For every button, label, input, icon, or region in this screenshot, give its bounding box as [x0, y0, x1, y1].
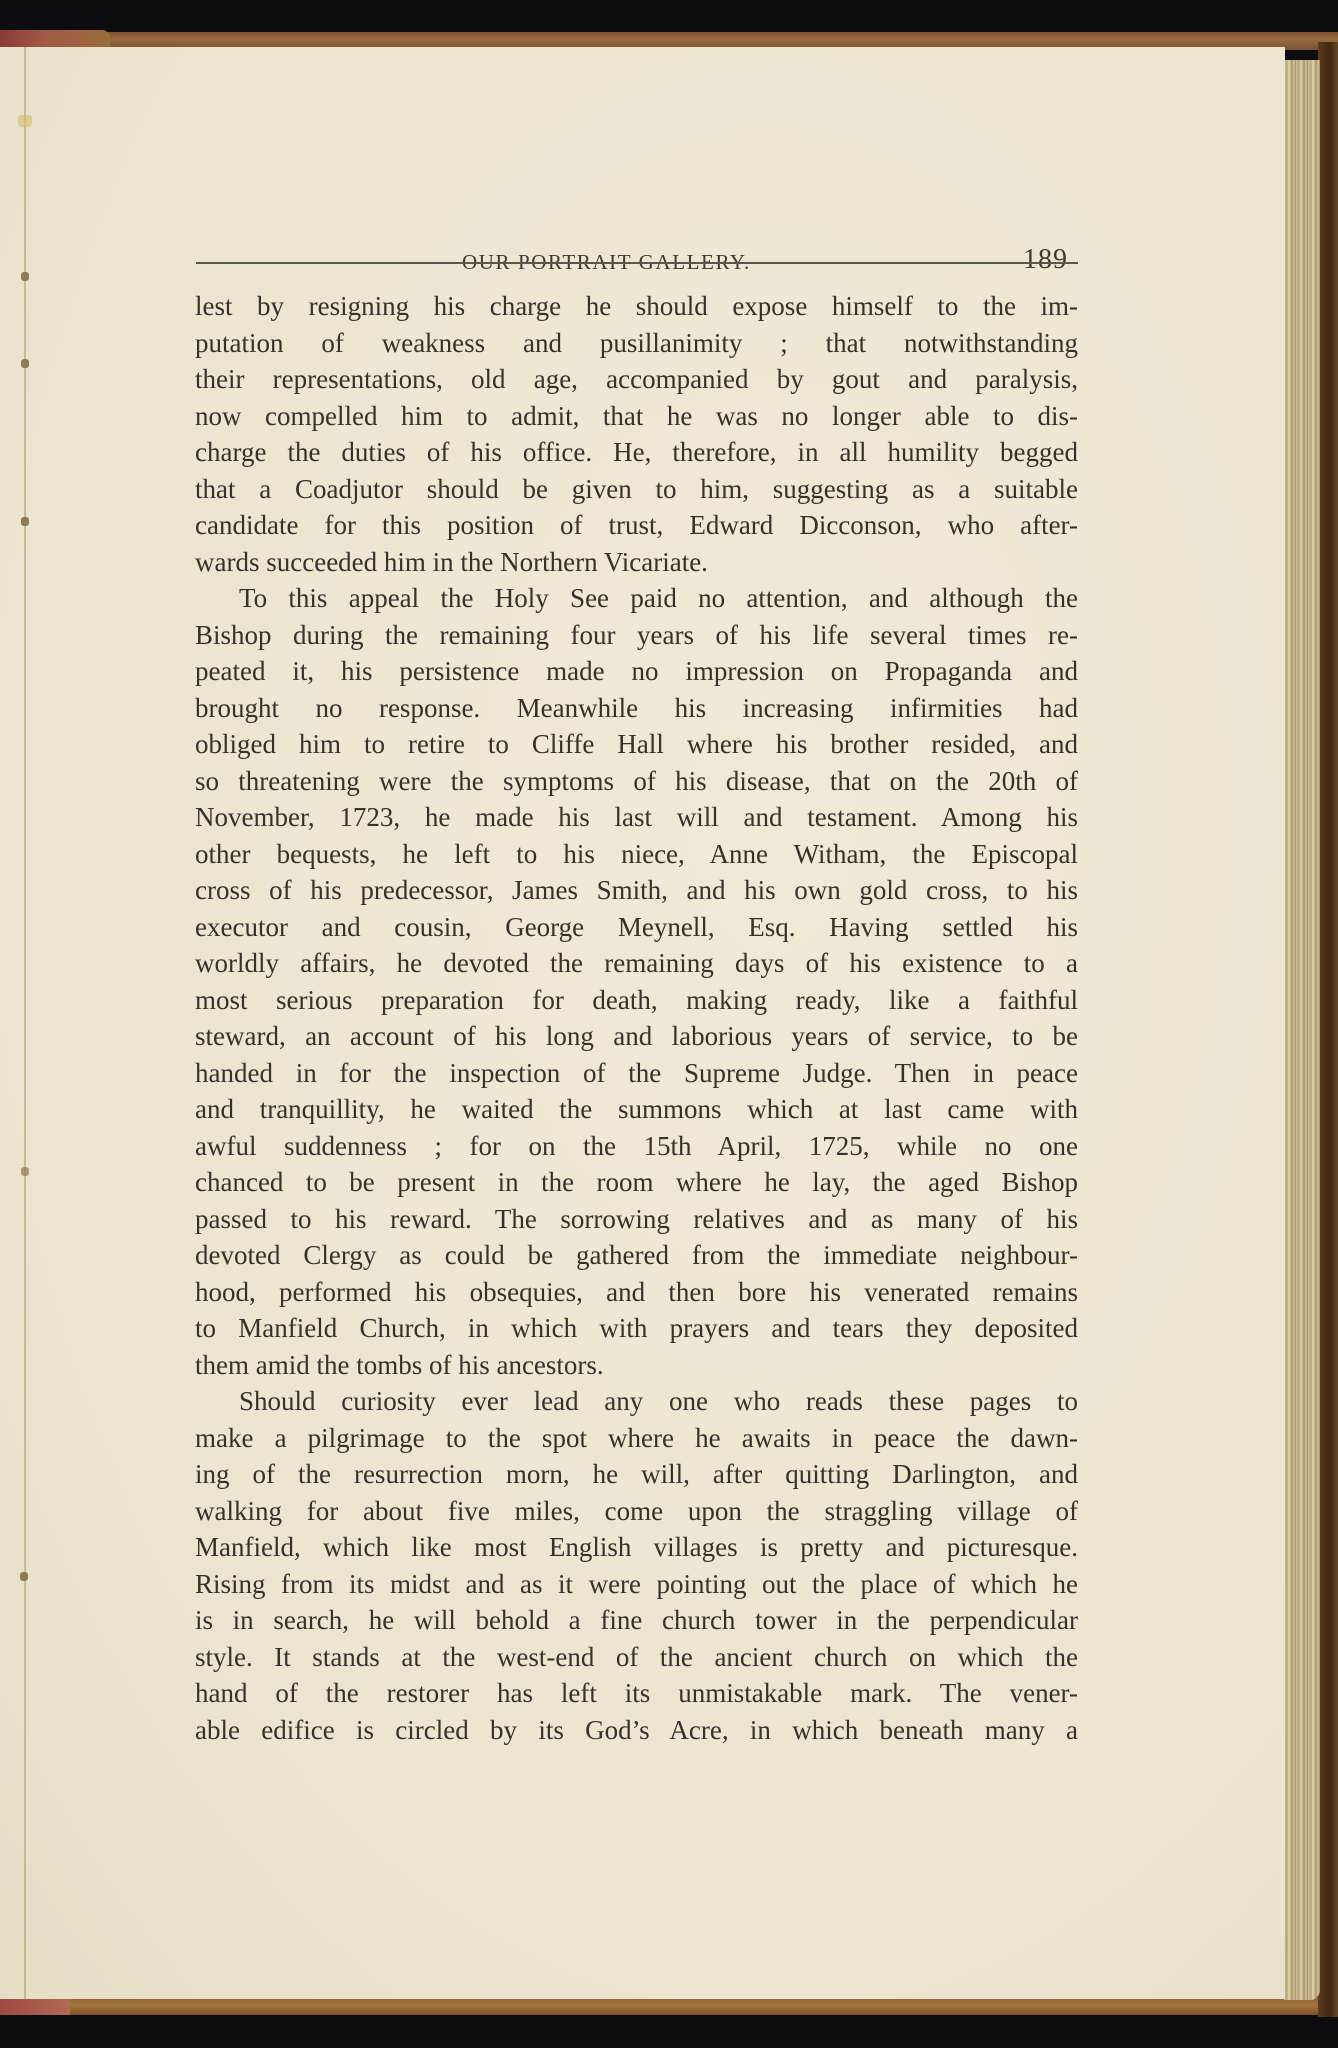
text-line: them amid the tombs of his ancestors. [195, 1347, 1078, 1384]
text-line: handed in for the inspection of the Supr… [195, 1055, 1078, 1092]
paragraph: To this appeal the Holy See paid no atte… [195, 580, 1078, 1383]
text-line: hand of the restorer has left its unmist… [195, 1675, 1078, 1712]
text-line: make a pilgrimage to the spot where he a… [195, 1420, 1078, 1457]
text-line: executor and cousin, George Meynell, Esq… [195, 909, 1078, 946]
paragraph: lest by resigning his charge he should e… [195, 288, 1078, 580]
text-line: walking for about five miles, come upon … [195, 1493, 1078, 1530]
text-line: charge the duties of his office. He, the… [195, 434, 1078, 471]
text-line: awful suddenness ; for on the 15th April… [195, 1128, 1078, 1165]
text-line: most serious preparation for death, maki… [195, 982, 1078, 1019]
text-line: style. It stands at the west-end of the … [195, 1639, 1078, 1676]
text-line: candidate for this position of trust, Ed… [195, 507, 1078, 544]
gutter-fold [24, 47, 26, 1999]
text-line: peated it, his persistence made no impre… [195, 653, 1078, 690]
text-line: other bequests, he left to his niece, An… [195, 836, 1078, 873]
text-line: lest by resigning his charge he should e… [195, 288, 1078, 325]
text-line: their representations, old age, accompan… [195, 361, 1078, 398]
text-line: to Manfield Church, in which with prayer… [195, 1310, 1078, 1347]
binding-thread [21, 517, 29, 526]
paragraph: Should curiosity ever lead any one who r… [195, 1383, 1078, 1748]
text-line: Bishop during the remaining four years o… [195, 617, 1078, 654]
text-line: Manfield, which like most English villag… [195, 1529, 1078, 1566]
text-line: that a Coadjutor should be given to him,… [195, 471, 1078, 508]
text-line: is in search, he will behold a fine chur… [195, 1602, 1078, 1639]
gutter-stain [18, 115, 32, 127]
binding-thread [21, 359, 29, 368]
text-line: Rising from its midst and as it were poi… [195, 1566, 1078, 1603]
text-line: so threatening were the symptoms of his … [195, 763, 1078, 800]
text-line: passed to his reward. The sorrowing rela… [195, 1201, 1078, 1238]
book-cover-right [1318, 42, 1338, 2017]
binding-thread [21, 1167, 29, 1176]
text-line: To this appeal the Holy See paid no atte… [195, 580, 1078, 617]
text-line: wards succeeded him in the Northern Vica… [195, 544, 1078, 581]
text-line: Should curiosity ever lead any one who r… [195, 1383, 1078, 1420]
text-line: worldly affairs, he devoted the remainin… [195, 945, 1078, 982]
text-line: devoted Clergy as could be gathered from… [195, 1237, 1078, 1274]
text-line: ing of the resurrection morn, he will, a… [195, 1456, 1078, 1493]
body-text: lest by resigning his charge he should e… [195, 288, 1078, 1748]
text-line: now compelled him to admit, that he was … [195, 398, 1078, 435]
binding-thread [20, 1572, 28, 1581]
text-line: cross of his predecessor, James Smith, a… [195, 872, 1078, 909]
page-edges [1284, 60, 1320, 2000]
text-line: putation of weakness and pusillanimity ;… [195, 325, 1078, 362]
text-line: steward, an account of his long and labo… [195, 1018, 1078, 1055]
text-line: obliged him to retire to Cliffe Hall whe… [195, 726, 1078, 763]
text-line: able edifice is circled by its God’s Acr… [195, 1712, 1078, 1749]
page-number: 189 [1023, 244, 1068, 276]
text-line: November, 1723, he made his last will an… [195, 799, 1078, 836]
text-line: and tranquillity, he waited the summons … [195, 1091, 1078, 1128]
header-rule [196, 262, 1078, 264]
text-line: brought no response. Meanwhile his incre… [195, 690, 1078, 727]
text-line: chanced to be present in the room where … [195, 1164, 1078, 1201]
text-line: hood, performed his obsequies, and then … [195, 1274, 1078, 1311]
